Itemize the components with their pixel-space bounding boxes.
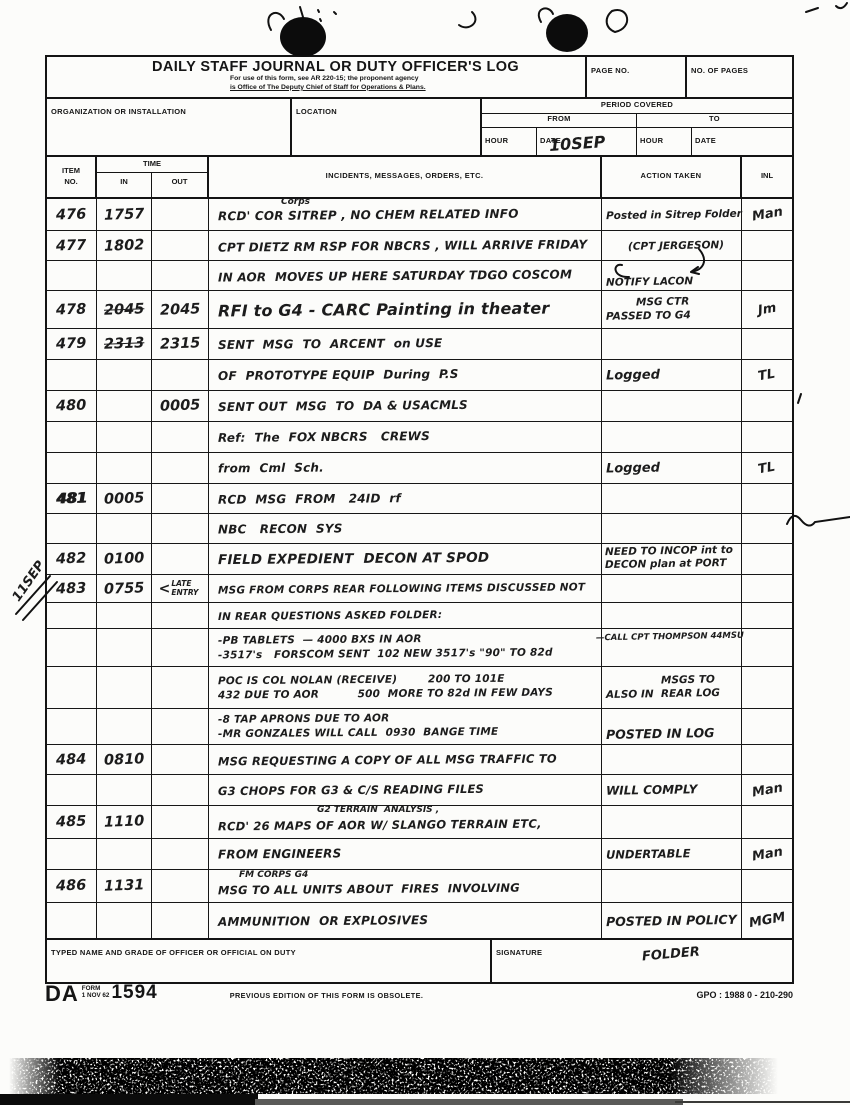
incidents-cell: CorpsRCD' COR SITREP , NO CHEM RELATED I… xyxy=(209,199,602,230)
time-out-cell xyxy=(152,360,209,390)
initials-cell xyxy=(742,629,792,666)
time-out-cell: 2045 xyxy=(152,291,209,328)
entry-text: MSG FROM CORPS REAR FOLLOWING ITEMS DISC… xyxy=(218,581,585,596)
entry-text: RFI to G4 - CARC Painting in theater xyxy=(218,299,550,321)
item-no-cell: 481 xyxy=(47,484,97,513)
from-hour-cell: HOUR xyxy=(482,128,537,155)
pen-scribble xyxy=(806,3,847,12)
action-cell xyxy=(602,514,742,543)
initials-cell: TL xyxy=(742,453,792,483)
typed-name-cell: TYPED NAME AND GRADE OF OFFICER OR OFFIC… xyxy=(47,940,492,982)
time-in-cell xyxy=(97,360,152,390)
scanned-document-page: 11SEP DAILY STAFF JOURNAL OR DUTY OFFICE… xyxy=(0,0,850,1105)
item-no: 481 xyxy=(56,490,87,507)
initials-cell xyxy=(742,422,792,452)
action-cell xyxy=(602,870,742,902)
initials-cell: Man xyxy=(742,775,792,805)
time-out-cell xyxy=(152,839,209,869)
item-no-cell: 476 xyxy=(47,199,97,230)
time-out: 2045 xyxy=(160,301,201,318)
late-entry-note: LATE ENTRY xyxy=(171,580,201,597)
log-row-481: 481 0005 RCD MSG FROM 24ID rf xyxy=(47,484,792,514)
initials-cell xyxy=(742,745,792,774)
item-no-cell: 477 xyxy=(47,231,97,260)
action-cell: —CALL CPT THOMPSON 44MSU xyxy=(602,629,742,666)
time-out-cell xyxy=(152,199,209,230)
scan-gray-bar xyxy=(255,1099,683,1105)
form-header-row: DAILY STAFF JOURNAL OR DUTY OFFICER'S LO… xyxy=(47,57,792,99)
action-cell xyxy=(602,422,742,452)
date-label: DATE xyxy=(695,136,716,145)
incidents-cell: -8 TAP APRONS DUE TO AOR-MR GONZALES WIL… xyxy=(209,709,602,744)
item-no: 478 xyxy=(56,301,87,318)
log-row-482: 482 0100 FIELD EXPEDIENT DECON AT SPOD N… xyxy=(47,544,792,575)
action-cell: NEED TO INCOP int toDECON plan at PORT xyxy=(602,544,742,574)
time-in-cell: 1757 xyxy=(97,199,152,230)
log-row-481-cont: NBC RECON SYS xyxy=(47,514,792,544)
entry-text: G3 CHOPS FOR G3 & C/S READING FILES xyxy=(218,782,484,798)
item-no-cell: 484 xyxy=(47,745,97,774)
time-out-cell xyxy=(152,903,209,938)
to-hour-cell: HOUR xyxy=(637,128,692,155)
period-covered-label: PERIOD COVERED xyxy=(482,99,792,114)
signature-label: SIGNATURE xyxy=(496,948,542,957)
incidents-cell: POC IS COL NOLAN (RECEIVE) 200 TO 101E43… xyxy=(209,667,602,708)
initials-cell: MGM xyxy=(742,903,792,938)
action-cell: NOTIFY LACON xyxy=(602,261,742,290)
item-no-cell xyxy=(47,603,97,628)
log-row-483-list1: -PB TABLETS — 4000 BXS IN AOR-3517's FOR… xyxy=(47,629,792,667)
initials-cell xyxy=(742,667,792,708)
superscript-note: Corps xyxy=(281,197,310,207)
item-no: 483 xyxy=(56,580,87,597)
entry-text: IN AOR MOVES UP HERE SATURDAY TDGO COSCO… xyxy=(218,267,572,284)
initials-cell xyxy=(742,261,792,290)
action-cell xyxy=(602,806,742,838)
time-out-cell xyxy=(152,514,209,543)
time-in-cell: 0755 xyxy=(97,575,152,602)
form-title: DAILY STAFF JOURNAL OR DUTY OFFICER'S LO… xyxy=(152,59,585,75)
entry-text-line2: -3517's FORSCOM SENT 102 NEW 3517's "90"… xyxy=(218,646,553,662)
to-label: TO xyxy=(637,114,792,127)
time-in-struck: 2313 xyxy=(104,335,145,352)
entry-text: from Cml Sch. xyxy=(218,461,324,476)
log-row-480-cont2: from Cml Sch. Logged TL xyxy=(47,453,792,484)
form-title-cell: DAILY STAFF JOURNAL OR DUTY OFFICER'S LO… xyxy=(47,57,587,97)
initials-cell: Jm xyxy=(742,291,792,328)
time-out-cell xyxy=(152,603,209,628)
signature-row: TYPED NAME AND GRADE OF OFFICER OR OFFIC… xyxy=(47,938,792,982)
action-cell: (CPT JERGESON) xyxy=(602,231,742,260)
location-cell: LOCATION xyxy=(292,99,482,155)
obsolete-notice: PREVIOUS EDITION OF THIS FORM IS OBSOLET… xyxy=(230,991,424,1000)
entry-text: AMMUNITION OR EXPLOSIVES xyxy=(218,913,428,929)
action-cell: Logged xyxy=(602,360,742,390)
initials-cell xyxy=(742,603,792,628)
log-row-480-cont: Ref: The FOX NBCRS CREWS xyxy=(47,422,792,453)
entry-text: RCD' 26 MAPS OF AOR W/ SLANGO TERRAIN ET… xyxy=(218,817,542,834)
item-no: 484 xyxy=(56,751,87,768)
item-no-header: ITEM NO. xyxy=(47,157,97,197)
initials-cell xyxy=(742,806,792,838)
hole-punch-mark xyxy=(546,14,588,52)
item-no-cell: 483 xyxy=(47,575,97,602)
time-in: 0005 xyxy=(104,490,145,507)
item-no: 485 xyxy=(56,813,87,830)
log-row-479-cont: OF PROTOTYPE EQUIP During P.S Logged TL xyxy=(47,360,792,391)
action-text: Logged xyxy=(606,460,660,476)
scan-black-bar xyxy=(0,1094,258,1105)
form-number: 1594 xyxy=(111,983,157,1002)
incidents-cell: Ref: The FOX NBCRS CREWS xyxy=(209,422,602,452)
time-in: 0810 xyxy=(104,751,145,768)
action-text-line2: ALSO IN REAR LOG xyxy=(606,687,720,702)
time-in-cell xyxy=(97,453,152,483)
item-no-cell xyxy=(47,261,97,290)
action-taken-header: ACTION TAKEN xyxy=(602,157,742,197)
action-text: (CPT JERGESON) xyxy=(628,239,724,253)
incidents-cell: from Cml Sch. xyxy=(209,453,602,483)
form-edition-date: 1 NOV 62 xyxy=(82,992,110,999)
item-no: 476 xyxy=(56,206,87,223)
time-out-cell: <LATE ENTRY xyxy=(152,575,209,602)
entry-text: RCD' COR SITREP , NO CHEM RELATED INFO xyxy=(218,206,519,223)
late-entry-arrow: < xyxy=(159,581,171,597)
log-row-483-list2: POC IS COL NOLAN (RECEIVE) 200 TO 101E43… xyxy=(47,667,792,709)
page-no-label: PAGE NO. xyxy=(591,66,630,75)
action-text: MSG CTR xyxy=(636,296,689,310)
action-cell: Logged xyxy=(602,453,742,483)
action-text: MSGS TO xyxy=(661,674,715,688)
time-in-label: IN xyxy=(97,173,152,197)
time-in-cell: 1802 xyxy=(97,231,152,260)
time-header: TIME IN OUT xyxy=(97,157,209,197)
superscript-note: G2 TERRAIN ANALYSIS , xyxy=(317,805,439,815)
log-row-479: 479 2313 2315 SENT MSG TO ARCENT on USE xyxy=(47,329,792,360)
initials: Man xyxy=(750,204,783,224)
action-text: NOTIFY LACON xyxy=(606,275,693,289)
entry-text: FROM ENGINEERS xyxy=(218,846,342,861)
period-covered-cell: PERIOD COVERED FROM TO HOUR DATE 10SEP H… xyxy=(482,99,792,155)
initials-cell xyxy=(742,575,792,602)
hour-label: HOUR xyxy=(640,136,663,145)
incidents-cell: AMMUNITION OR EXPLOSIVES xyxy=(209,903,602,938)
from-date-cell: DATE 10SEP xyxy=(537,128,637,155)
entry-text: -8 TAP APRONS DUE TO AOR xyxy=(218,713,390,728)
time-out-cell xyxy=(152,745,209,774)
pen-scribble xyxy=(318,10,336,21)
signature-cell: SIGNATURE FOLDER xyxy=(492,940,792,982)
log-row-484: 484 0810 MSG REQUESTING A COPY OF ALL MS… xyxy=(47,745,792,775)
item-no: 477 xyxy=(56,237,87,254)
time-in-cell xyxy=(97,775,152,805)
item-no-cell xyxy=(47,453,97,483)
item-no-cell xyxy=(47,709,97,744)
time-in-cell xyxy=(97,629,152,666)
initials-cell xyxy=(742,231,792,260)
incidents-cell: G3 CHOPS FOR G3 & C/S READING FILES xyxy=(209,775,602,805)
time-in-cell: 2045 xyxy=(97,291,152,328)
pen-scribble xyxy=(300,7,303,17)
time-in-cell xyxy=(97,422,152,452)
time-in-cell xyxy=(97,667,152,708)
time-in: 1131 xyxy=(104,877,145,894)
incidents-cell: NBC RECON SYS xyxy=(209,514,602,543)
incidents-header: INCIDENTS, MESSAGES, ORDERS, ETC. xyxy=(209,157,602,197)
time-out-cell xyxy=(152,629,209,666)
gpo-print-code: GPO : 1988 0 - 210-290 xyxy=(696,990,793,1000)
initials-cell: Man xyxy=(742,839,792,869)
initials: TL xyxy=(757,366,777,384)
log-row-477-cont: IN AOR MOVES UP HERE SATURDAY TDGO COSCO… xyxy=(47,261,792,291)
time-out-cell xyxy=(152,231,209,260)
incidents-cell: SENT MSG TO ARCENT on USE xyxy=(209,329,602,359)
pen-scribble xyxy=(459,12,475,27)
entry-text: OF PROTOTYPE EQUIP During P.S xyxy=(218,367,459,383)
initials-header: INL xyxy=(742,157,792,197)
time-in-cell: 0005 xyxy=(97,484,152,513)
item-no-cell: 480 xyxy=(47,391,97,421)
incidents-cell: SENT OUT MSG TO DA & USACMLS xyxy=(209,391,602,421)
action-cell xyxy=(602,391,742,421)
form-subtitle-line2: is Office of The Deputy Chief of Staff f… xyxy=(230,84,585,93)
action-text: UNDERTABLE xyxy=(606,846,691,861)
action-cell xyxy=(602,603,742,628)
initials: TL xyxy=(757,459,777,477)
time-in-cell xyxy=(97,839,152,869)
period-from-to-row: FROM TO xyxy=(482,114,792,128)
time-in-cell: 2313 xyxy=(97,329,152,359)
form-header-row2: ORGANIZATION OR INSTALLATION LOCATION PE… xyxy=(47,99,792,157)
action-cell xyxy=(602,329,742,359)
initials-cell: TL xyxy=(742,360,792,390)
incidents-cell: CPT DIETZ RM RSP FOR NBCRS , WILL ARRIVE… xyxy=(209,231,602,260)
entry-text: SENT OUT MSG TO DA & USACMLS xyxy=(218,398,468,414)
item-no-cell xyxy=(47,422,97,452)
time-in-cell: 1110 xyxy=(97,806,152,838)
log-row-486-cont: AMMUNITION OR EXPLOSIVES POSTED IN POLIC… xyxy=(47,903,792,938)
entry-text: SENT MSG TO ARCENT on USE xyxy=(218,336,443,352)
pen-scribble xyxy=(607,10,627,32)
initials-cell: Man xyxy=(742,199,792,230)
item-no-cell xyxy=(47,360,97,390)
initials-cell xyxy=(742,514,792,543)
from-label: FROM xyxy=(482,114,637,127)
entry-text: MSG TO ALL UNITS ABOUT FIRES INVOLVING xyxy=(218,881,520,898)
time-in-struck: 2045 xyxy=(104,301,145,318)
time-out-cell xyxy=(152,544,209,574)
item-no-cell: 486 xyxy=(47,870,97,902)
incidents-cell: -PB TABLETS — 4000 BXS IN AOR-3517's FOR… xyxy=(209,629,602,666)
time-out-cell xyxy=(152,261,209,290)
no-of-pages-label: NO. OF PAGES xyxy=(691,66,748,75)
time-in: 1110 xyxy=(104,813,145,830)
hole-punch-mark xyxy=(280,17,326,57)
item-no-cell: 482 xyxy=(47,544,97,574)
initials: MGM xyxy=(748,910,787,931)
action-cell xyxy=(602,745,742,774)
initials-cell xyxy=(742,484,792,513)
pen-scribble xyxy=(539,8,553,22)
item-no-cell xyxy=(47,903,97,938)
superscript-note: FM CORPS G4 xyxy=(239,870,308,880)
time-in: 1802 xyxy=(104,237,145,254)
to-date-cell: DATE xyxy=(692,128,792,155)
log-row-483-cont: IN REAR QUESTIONS ASKED FOLDER: xyxy=(47,603,792,629)
action-cell: MSGS TOALSO IN REAR LOG xyxy=(602,667,742,708)
action-cell: WILL COMPLY xyxy=(602,775,742,805)
action-text: Logged xyxy=(606,367,660,383)
time-out-cell xyxy=(152,667,209,708)
entry-text: RCD MSG FROM 24ID rf xyxy=(218,491,401,507)
time-in-cell xyxy=(97,709,152,744)
item-no-cell: 485 xyxy=(47,806,97,838)
time-in: 0100 xyxy=(104,550,145,567)
form-subtitle-line1: For use of this form, see AR 220-15; the… xyxy=(230,75,585,84)
da-abbrev: DA xyxy=(45,983,79,1005)
time-in-cell xyxy=(97,603,152,628)
time-out-cell: 2315 xyxy=(152,329,209,359)
item-no: 486 xyxy=(56,877,87,894)
time-in-cell: 1131 xyxy=(97,870,152,902)
item-no-cell xyxy=(47,775,97,805)
log-row-485-cont: FROM ENGINEERS UNDERTABLE Man xyxy=(47,839,792,870)
incidents-cell: OF PROTOTYPE EQUIP During P.S xyxy=(209,360,602,390)
incidents-cell: FM CORPS G4MSG TO ALL UNITS ABOUT FIRES … xyxy=(209,870,602,902)
organization-cell: ORGANIZATION OR INSTALLATION xyxy=(47,99,292,155)
item-no: 480 xyxy=(56,397,87,414)
action-text-line2: DECON plan at PORT xyxy=(605,557,727,571)
time-in: 0755 xyxy=(104,580,145,597)
log-row-483: 483 0755 <LATE ENTRY MSG FROM CORPS REAR… xyxy=(47,575,792,603)
initials-cell xyxy=(742,544,792,574)
initials: Jm xyxy=(757,301,778,319)
initials-cell xyxy=(742,870,792,902)
margin-date-note: 11SEP xyxy=(10,558,49,604)
log-row-480: 480 0005 SENT OUT MSG TO DA & USACMLS xyxy=(47,391,792,422)
action-text: —CALL CPT THOMPSON 44MSU xyxy=(596,631,744,644)
time-in-cell xyxy=(97,903,152,938)
time-in-cell xyxy=(97,391,152,421)
action-cell: POSTED IN POLICY xyxy=(602,903,742,938)
pen-scribble xyxy=(268,13,284,30)
form-word: FORM xyxy=(82,985,101,992)
log-row-486: 486 1131 FM CORPS G4MSG TO ALL UNITS ABO… xyxy=(47,870,792,903)
pen-scribble xyxy=(787,516,850,526)
log-row-484-cont: G3 CHOPS FOR G3 & C/S READING FILES WILL… xyxy=(47,775,792,806)
action-cell: Posted in Sitrep Folder xyxy=(602,199,742,230)
entry-text: NBC RECON SYS xyxy=(218,521,343,536)
item-no-cell xyxy=(47,667,97,708)
incidents-cell: G2 TERRAIN ANALYSIS ,RCD' 26 MAPS OF AOR… xyxy=(209,806,602,838)
time-out-cell xyxy=(152,453,209,483)
item-no-cell: 478 xyxy=(47,291,97,328)
action-text: POSTED IN LOG xyxy=(606,725,715,742)
log-entries: 476 1757 CorpsRCD' COR SITREP , NO CHEM … xyxy=(47,199,792,938)
pen-scribble xyxy=(798,394,801,403)
typed-name-label: TYPED NAME AND GRADE OF OFFICER OR OFFIC… xyxy=(51,948,296,957)
log-row-483-list3: -8 TAP APRONS DUE TO AOR-MR GONZALES WIL… xyxy=(47,709,792,745)
time-out-label: OUT xyxy=(152,173,207,197)
initials-cell xyxy=(742,709,792,744)
time-in: 1757 xyxy=(104,206,145,223)
location-label: LOCATION xyxy=(296,107,337,116)
incidents-cell: FROM ENGINEERS xyxy=(209,839,602,869)
log-row-476: 476 1757 CorpsRCD' COR SITREP , NO CHEM … xyxy=(47,199,792,231)
scan-thin-bar xyxy=(675,1101,850,1104)
entry-text: FIELD EXPEDIENT DECON AT SPOD xyxy=(218,550,489,568)
time-in-cell xyxy=(97,261,152,290)
hour-label: HOUR xyxy=(485,136,508,145)
initials: Man xyxy=(750,844,783,864)
from-date-handwritten: 10SEP xyxy=(548,132,606,155)
item-no-cell xyxy=(47,514,97,543)
folder-handwritten-note: FOLDER xyxy=(641,945,700,965)
item-no: 482 xyxy=(56,550,87,567)
entry-text: -PB TABLETS — 4000 BXS IN AOR xyxy=(218,633,422,648)
form-number-line: DA FORM1 NOV 62 1594 PREVIOUS EDITION OF… xyxy=(45,983,805,1005)
no-of-pages-cell: NO. OF PAGES xyxy=(687,57,792,97)
item-no-cell xyxy=(47,839,97,869)
action-text: NEED TO INCOP int to xyxy=(605,544,733,558)
entry-text: CPT DIETZ RM RSP FOR NBCRS , WILL ARRIVE… xyxy=(218,237,588,254)
noise-fade-right xyxy=(670,1058,850,1094)
time-in-cell xyxy=(97,514,152,543)
time-out-cell xyxy=(152,775,209,805)
time-out-cell xyxy=(152,870,209,902)
log-row-477: 477 1802 CPT DIETZ RM RSP FOR NBCRS , WI… xyxy=(47,231,792,261)
organization-label: ORGANIZATION OR INSTALLATION xyxy=(51,107,186,116)
time-out-cell xyxy=(152,806,209,838)
time-in-cell: 0100 xyxy=(97,544,152,574)
entry-text: IN REAR QUESTIONS ASKED FOLDER: xyxy=(218,609,442,623)
time-in-cell: 0810 xyxy=(97,745,152,774)
action-cell: POSTED IN LOG xyxy=(602,709,742,744)
page-no-cell: PAGE NO. xyxy=(587,57,687,97)
incidents-cell: MSG REQUESTING A COPY OF ALL MSG TRAFFIC… xyxy=(209,745,602,774)
action-cell: MSG CTRPASSED TO G4 xyxy=(602,291,742,328)
incidents-cell: RFI to G4 - CARC Painting in theater xyxy=(209,291,602,328)
item-no-cell: 479 xyxy=(47,329,97,359)
time-out-cell xyxy=(152,709,209,744)
item-no-cell xyxy=(47,629,97,666)
da-form-1594: DAILY STAFF JOURNAL OR DUTY OFFICER'S LO… xyxy=(45,55,794,984)
entry-text: Ref: The FOX NBCRS CREWS xyxy=(218,429,430,445)
form-word-date: FORM1 NOV 62 xyxy=(82,985,110,999)
entry-text-line2: -MR GONZALES WILL CALL 0930 BANGE TIME xyxy=(218,725,498,741)
noise-fade-left xyxy=(0,1058,60,1094)
incidents-cell: IN AOR MOVES UP HERE SATURDAY TDGO COSCO… xyxy=(209,261,602,290)
action-text: POSTED IN POLICY xyxy=(606,912,737,929)
action-text: WILL COMPLY xyxy=(606,782,698,798)
entry-text: MSG REQUESTING A COPY OF ALL MSG TRAFFIC… xyxy=(218,751,557,768)
time-out-cell xyxy=(152,484,209,513)
incidents-cell: FIELD EXPEDIENT DECON AT SPOD xyxy=(209,544,602,574)
incidents-cell: MSG FROM CORPS REAR FOLLOWING ITEMS DISC… xyxy=(209,575,602,602)
incidents-cell: RCD MSG FROM 24ID rf xyxy=(209,484,602,513)
time-out: 2315 xyxy=(160,335,201,352)
entry-text-line2: 432 DUE TO AOR 500 MORE TO 82d IN FEW DA… xyxy=(218,686,553,702)
initials-cell xyxy=(742,329,792,359)
log-row-478: 478 2045 2045 RFI to G4 - CARC Painting … xyxy=(47,291,792,329)
action-text-line2: PASSED TO G4 xyxy=(606,309,691,324)
item-no: 479 xyxy=(56,335,87,352)
time-label: TIME xyxy=(97,157,207,173)
incidents-cell: IN REAR QUESTIONS ASKED FOLDER: xyxy=(209,603,602,628)
table-column-headers: ITEM NO. TIME IN OUT INCIDENTS, MESSAGES… xyxy=(47,157,792,199)
action-cell xyxy=(602,484,742,513)
time-out-cell xyxy=(152,422,209,452)
